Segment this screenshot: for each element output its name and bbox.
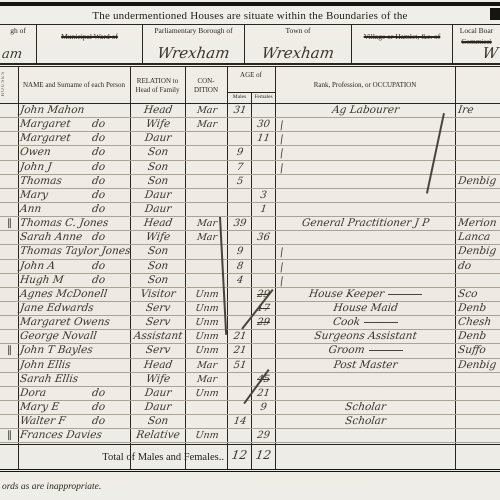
occupation — [276, 146, 455, 159]
age-female: 1 — [251, 203, 276, 216]
birthplace — [457, 146, 500, 159]
age-male: 21 — [227, 330, 253, 343]
birthplace: Chesh — [457, 316, 500, 329]
birthplace: Denbig — [457, 359, 500, 372]
relation: Head — [131, 359, 185, 372]
ditto-text: do — [91, 146, 106, 159]
person-name: Margaretdo — [20, 118, 130, 131]
table-row: John EllisHeadMar51Post MasterDenbig — [0, 359, 500, 373]
occupation — [276, 245, 455, 258]
table-row: John MahonHeadMar31Ag LabourerIre — [0, 104, 500, 118]
relation: Assistant — [131, 330, 185, 343]
condition: Unm — [186, 429, 228, 442]
total-label: Total of Males and Females.. — [0, 452, 224, 463]
age-male: 51 — [227, 359, 253, 372]
local-board-label: Local Boar — [453, 25, 500, 36]
person-name: Walter Fdo — [20, 415, 130, 428]
ditto-text: do — [91, 387, 106, 400]
age-female — [251, 146, 276, 159]
relation: Serv — [131, 316, 185, 329]
condition — [186, 132, 228, 145]
age-female: 9 — [251, 401, 276, 414]
relation: Wife — [131, 231, 185, 244]
age-female — [251, 161, 276, 174]
col-header-males: Males — [228, 93, 251, 103]
household-end-mark: ∥ — [0, 429, 18, 442]
town-label: Town of — [245, 25, 351, 36]
condition — [186, 203, 228, 216]
name-text: Frances Davies — [19, 429, 103, 442]
age-female: 3 — [251, 189, 276, 202]
birthplace: Ire — [457, 104, 500, 117]
occupation: House Maid — [276, 302, 455, 315]
borough-label: gh of — [0, 25, 36, 36]
condition — [186, 189, 228, 202]
occupation — [276, 118, 455, 131]
condition — [186, 161, 228, 174]
name-text: Thomas C. Jones — [19, 217, 109, 230]
age-male — [227, 429, 253, 442]
birthplace — [457, 415, 500, 428]
header-boxes: gh of am Municipal Ward of Parliamentary… — [0, 24, 500, 64]
age-female: 11 — [251, 132, 276, 145]
birthplace: Denbig — [457, 175, 500, 188]
name-text: Sarah Ellis — [19, 373, 79, 386]
birthplace — [457, 274, 500, 287]
person-name: John Mahon — [20, 104, 130, 117]
age-female — [251, 260, 276, 273]
total-females: 12 — [251, 448, 276, 462]
age-female — [251, 217, 276, 230]
age-male: 5 — [227, 175, 253, 188]
condition: Unm — [186, 344, 228, 357]
table-row: Jane EdwardsServUnm17House MaidDenb — [0, 302, 500, 316]
relation: Head — [131, 217, 185, 230]
ditto-text: do — [91, 260, 106, 273]
age-female — [251, 359, 276, 372]
birthplace — [457, 401, 500, 414]
age-male — [227, 118, 253, 131]
table-row: Sarah EllisWifeMar45 — [0, 373, 500, 387]
age-male — [227, 203, 253, 216]
name-text: Mary E — [19, 401, 60, 414]
census-page: The undermentioned Houses are situate wi… — [0, 0, 500, 500]
name-text: Margaret Owens — [19, 316, 111, 329]
parliamentary-borough-label: Parliamentary Borough of — [143, 25, 244, 36]
name-text: Dora — [19, 387, 47, 400]
name-text: Hugh M — [19, 274, 64, 287]
age-female — [251, 330, 276, 343]
person-name: John Jdo — [20, 161, 130, 174]
name-text: Ann — [19, 203, 42, 216]
table-row: John AdoSon8|do — [0, 260, 500, 274]
occupation: Cook — [276, 316, 455, 329]
table-row: John JdoSon7| — [0, 161, 500, 175]
census-table: HOUSES NAME and Surname of each Person R… — [0, 67, 500, 472]
condition: Mar — [186, 118, 228, 131]
village-label: Village or Hamlet, &c. of — [352, 25, 452, 42]
relation: Daur — [131, 189, 185, 202]
birthplace — [457, 373, 500, 386]
condition: Unm — [186, 288, 228, 301]
table-row: ∥Thomas C. JonesHeadMar39General Practit… — [0, 217, 500, 231]
relation: Daur — [131, 203, 185, 216]
person-name: Thomas C. Jones — [20, 217, 130, 230]
table-row: MarydoDaur3 — [0, 189, 500, 203]
condition: Mar — [186, 373, 228, 386]
age-male: 31 — [227, 104, 253, 117]
condition: Unm — [186, 330, 228, 343]
col-header-age-sub: Males Females — [228, 92, 275, 103]
occupation: House Keeper — [276, 288, 455, 301]
ditto-text: do — [91, 132, 106, 145]
ditto-text: do — [91, 189, 106, 202]
condition — [186, 175, 228, 188]
condition: Unm — [186, 316, 228, 329]
boundary-title: The undermentioned Houses are situate wi… — [0, 10, 500, 22]
name-text: John Mahon — [19, 104, 85, 117]
name-text: Agnes McDonell — [19, 288, 108, 301]
table-row: AnndoDaur1 — [0, 203, 500, 217]
birthplace: Merion — [457, 217, 500, 230]
person-name: Dorado — [20, 387, 130, 400]
name-text: George Novall — [19, 330, 97, 343]
local-board-value: W — [452, 44, 500, 62]
age-male: 14 — [227, 415, 253, 428]
occupation — [276, 429, 455, 442]
age-male: 7 — [227, 161, 253, 174]
table-row: George NovallAssistantUnm21Surgeons Assi… — [0, 330, 500, 344]
ditto-text: do — [91, 175, 106, 188]
table-row: MargaretdoWifeMar30| — [0, 118, 500, 132]
header-cell-borough: gh of am — [0, 25, 37, 63]
birthplace — [457, 189, 500, 202]
name-text: Thomas Taylor Jones — [19, 245, 131, 258]
header-cell-town: Town of Wrexham — [245, 25, 352, 63]
name-text: John J — [19, 161, 52, 174]
parliamentary-borough-value: Wrexham — [142, 44, 246, 62]
table-row: Walter FdoSon14Scholar — [0, 415, 500, 429]
age-female: 29 — [251, 316, 276, 329]
age-female — [251, 344, 276, 357]
birthplace: Denb — [457, 330, 500, 343]
occupation — [276, 231, 455, 244]
col-header-relation: RELATION to Head of Family — [131, 67, 184, 104]
age-male — [227, 132, 253, 145]
ink-dash — [364, 322, 398, 323]
relation: Son — [131, 175, 185, 188]
household-end-mark: ∥ — [0, 217, 18, 230]
borough-value: am — [0, 47, 37, 62]
ditto-text: do — [91, 231, 106, 244]
person-name: Marydo — [20, 189, 130, 202]
header-cell-village: Village or Hamlet, &c. of — [352, 25, 453, 63]
age-female: 36 — [251, 231, 276, 244]
relation: Son — [131, 146, 185, 159]
age-female — [251, 245, 276, 258]
person-name: Frances Davies — [20, 429, 130, 442]
name-text: Mary — [19, 189, 49, 202]
condition: Mar — [186, 217, 228, 230]
age-male — [227, 189, 253, 202]
age-male: 9 — [227, 245, 253, 258]
age-male — [227, 231, 253, 244]
total-row: Total of Males and Females.. 12 12 — [0, 444, 500, 470]
col-header-females: Females — [251, 93, 275, 103]
relation: Wife — [131, 118, 185, 131]
age-male — [227, 288, 253, 301]
name-text: Jane Edwards — [19, 302, 94, 315]
condition: Mar — [186, 104, 228, 117]
age-male: 39 — [227, 217, 253, 230]
col-header-occupation: Rank, Profession, or OCCUPATION — [276, 67, 454, 104]
table-row: Mary EdoDaur9Scholar — [0, 401, 500, 415]
occupation: General Practitioner J P — [276, 217, 455, 230]
ink-dash — [369, 350, 403, 351]
relation: Visitor — [131, 288, 185, 301]
relation: Wife — [131, 373, 185, 386]
occupation — [276, 260, 455, 273]
person-name: Thomasdo — [20, 175, 130, 188]
household-end-mark: ∥ — [0, 344, 18, 357]
ditto-text: do — [91, 401, 106, 414]
col-header-age: AGE of — [228, 67, 274, 91]
occupation: Ag Labourer — [276, 104, 455, 117]
person-name: Thomas Taylor Jones — [20, 245, 130, 258]
occupation: Post Master — [276, 359, 455, 372]
person-name: Margaretdo — [20, 132, 130, 145]
relation: Serv — [131, 344, 185, 357]
header-cell-local-board: Local Boar Commissi W — [453, 25, 500, 63]
occupation — [276, 387, 455, 400]
birthplace: Lanca — [457, 231, 500, 244]
person-name: John T Bayles — [20, 344, 130, 357]
occupation — [276, 203, 455, 216]
ditto-text: do — [91, 415, 106, 428]
age-female — [251, 415, 276, 428]
age-female — [251, 104, 276, 117]
person-name: Sarah Annedo — [20, 231, 130, 244]
person-name: Jane Edwards — [20, 302, 130, 315]
table-row: ∥John T BaylesServUnm21GroomSuffo — [0, 344, 500, 358]
name-text: Margaret — [19, 118, 71, 131]
age-male: 8 — [227, 260, 253, 273]
name-text: John Ellis — [19, 359, 71, 372]
name-text: John T Bayles — [19, 344, 93, 357]
table-row: Thomas Taylor JonesSon9|Denbig — [0, 245, 500, 259]
relation: Head — [131, 104, 185, 117]
relation: Daur — [131, 387, 185, 400]
table-row: ThomasdoSon5Denbig — [0, 175, 500, 189]
occupation — [276, 189, 455, 202]
age-male: 21 — [227, 344, 253, 357]
condition — [186, 401, 228, 414]
person-name: Owendo — [20, 146, 130, 159]
person-name: Margaret Owens — [20, 316, 130, 329]
age-female — [251, 274, 276, 287]
ditto-text: do — [91, 118, 106, 131]
occupation: Scholar — [276, 401, 455, 414]
name-text: Thomas — [19, 175, 63, 188]
age-male: 9 — [227, 146, 253, 159]
houses-column-label: HOUSES — [1, 71, 6, 96]
birthplace — [457, 387, 500, 400]
age-female: 29 — [251, 429, 276, 442]
age-female: 30 — [251, 118, 276, 131]
relation: Son — [131, 415, 185, 428]
ink-dash — [388, 293, 422, 294]
header-cell-parliamentary-borough: Parliamentary Borough of Wrexham — [143, 25, 245, 63]
person-name: John Ellis — [20, 359, 130, 372]
person-name: Anndo — [20, 203, 130, 216]
relation: Son — [131, 245, 185, 258]
occupation — [276, 161, 455, 174]
name-text: Sarah Anne — [19, 231, 83, 244]
occupation — [276, 274, 455, 287]
ditto-text: do — [91, 161, 106, 174]
top-rule — [0, 2, 500, 6]
header-cell-municipal-ward: Municipal Ward of — [37, 25, 143, 63]
table-row: OwendoSon9| — [0, 146, 500, 160]
table-row: Agnes McDonellVisitorUnm29House KeeperSc… — [0, 288, 500, 302]
table-header-row: HOUSES NAME and Surname of each Person R… — [0, 67, 500, 104]
birthplace — [457, 118, 500, 131]
relation: Daur — [131, 401, 185, 414]
birthplace — [457, 132, 500, 145]
total-males: 12 — [227, 448, 252, 462]
condition — [186, 415, 228, 428]
col-header-name: NAME and Surname of each Person — [19, 67, 129, 104]
condition: Unm — [186, 387, 228, 400]
ditto-text: do — [91, 274, 106, 287]
name-text: Owen — [19, 146, 51, 159]
age-female — [251, 175, 276, 188]
birthplace — [457, 161, 500, 174]
occupation: Scholar — [276, 415, 455, 428]
table-row: Hugh MdoSon4| — [0, 274, 500, 288]
relation: Son — [131, 274, 185, 287]
age-male — [227, 401, 253, 414]
relation: Serv — [131, 302, 185, 315]
person-name: Sarah Ellis — [20, 373, 130, 386]
person-name: George Novall — [20, 330, 130, 343]
occupation — [276, 132, 455, 145]
relation: Relative — [131, 429, 185, 442]
relation: Son — [131, 161, 185, 174]
person-name: Mary Edo — [20, 401, 130, 414]
birthplace — [457, 203, 500, 216]
person-name: Hugh Mdo — [20, 274, 130, 287]
relation: Daur — [131, 132, 185, 145]
name-text: Walter F — [19, 415, 66, 428]
col-header-condition: CON- DITION — [186, 67, 226, 104]
occupation: Surgeons Assistant — [276, 330, 455, 343]
ditto-text: do — [91, 203, 106, 216]
town-value: Wrexham — [244, 44, 353, 62]
age-male — [227, 373, 253, 386]
municipal-ward-label: Municipal Ward of — [37, 25, 142, 42]
name-text: Margaret — [19, 132, 71, 145]
birthplace — [457, 429, 500, 442]
person-name: John Ado — [20, 260, 130, 273]
birthplace: do — [457, 260, 500, 273]
occupation: Groom — [276, 344, 455, 357]
relation: Son — [131, 260, 185, 273]
name-text: John A — [19, 260, 56, 273]
age-male — [227, 302, 253, 315]
birthplace: Denb — [457, 302, 500, 315]
age-male: 4 — [227, 274, 253, 287]
birthplace: Sco — [457, 288, 500, 301]
birthplace: Denbig — [457, 245, 500, 258]
condition: Unm — [186, 302, 228, 315]
occupation — [276, 373, 455, 386]
condition: Mar — [186, 359, 228, 372]
footer-note: ords as are inappropriate. — [2, 482, 101, 492]
table-row: ∥Frances DaviesRelativeUnm29 — [0, 429, 500, 443]
condition — [186, 146, 228, 159]
person-name: Agnes McDonell — [20, 288, 130, 301]
table-row: Sarah AnnedoWifeMar36Lanca — [0, 231, 500, 245]
table-row: MargaretdoDaur11| — [0, 132, 500, 146]
birthplace: Suffo — [457, 344, 500, 357]
